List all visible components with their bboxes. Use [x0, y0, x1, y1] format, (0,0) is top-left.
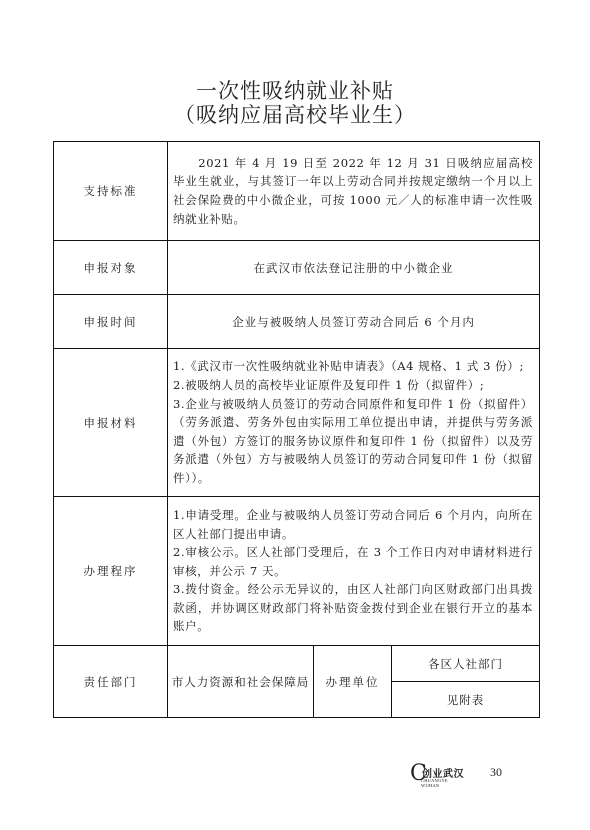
list-item: 2.审核公示。区人社部门受理后，在 3 个工作日内对申请材料进行审核，并公示 7… [173, 543, 533, 580]
page-number: 30 [490, 765, 502, 780]
handling-unit-2: 见附表 [392, 682, 540, 718]
table-row-materials: 申报材料 1.《武汉市一次性吸纳就业补贴申请表》（A4 规格、1 式 3 份）;… [54, 349, 540, 497]
row-content: 1.申请受理。企业与被吸纳人员签订劳动合同后 6 个月内，向所在区人社部门提出申… [168, 497, 540, 646]
row-content: 企业与被吸纳人员签订劳动合同后 6 个月内 [168, 295, 540, 349]
row-label: 办理程序 [54, 497, 168, 646]
row-label: 支持标准 [54, 142, 168, 241]
logo-english: CHUANGYE WUHAN [421, 778, 466, 788]
list-item: 3.拨付资金。经公示无异议的，由区人社部门向区财政部门出具拨款函，并协调区财政部… [173, 580, 533, 636]
row-content: 1.《武汉市一次性吸纳就业补贴申请表》（A4 规格、1 式 3 份）; 2.被吸… [168, 349, 540, 497]
row-label: 申报材料 [54, 349, 168, 497]
table-row-support-standard: 支持标准 2021 年 4 月 19 日至 2022 年 12 月 31 日吸纳… [54, 142, 540, 241]
table-row-apply-time: 申报时间 企业与被吸纳人员签订劳动合同后 6 个月内 [54, 295, 540, 349]
row-label: 申报对象 [54, 241, 168, 295]
document-title: 一次性吸纳就业补贴 [0, 79, 590, 103]
table-row-applicant: 申报对象 在武汉市依法登记注册的中小微企业 [54, 241, 540, 295]
row-content: 2021 年 4 月 19 日至 2022 年 12 月 31 日吸纳应届高校毕… [168, 142, 540, 241]
document-subtitle: （吸纳应届高校毕业生） [0, 103, 590, 127]
chuangye-wuhan-logo: C 创业武汉 CHUANGYE WUHAN [410, 763, 466, 785]
list-item: 1.《武汉市一次性吸纳就业补贴申请表》（A4 规格、1 式 3 份）; [173, 357, 533, 376]
row-label: 责任部门 [54, 646, 168, 718]
row-label: 申报时间 [54, 295, 168, 349]
table-row-responsibility: 责任部门 市人力资源和社会保障局 办理单位 各区人社部门 [54, 646, 540, 682]
table-row-procedure: 办理程序 1.申请受理。企业与被吸纳人员签订劳动合同后 6 个月内，向所在区人社… [54, 497, 540, 646]
list-item: 2.被吸纳人员的高校毕业证原件及复印件 1 份（拟留件）; [173, 376, 533, 395]
support-standard-text: 2021 年 4 月 19 日至 2022 年 12 月 31 日吸纳应届高校毕… [173, 154, 533, 228]
responsible-department: 市人力资源和社会保障局 [168, 646, 314, 718]
list-item: 1.申请受理。企业与被吸纳人员签订劳动合同后 6 个月内，向所在区人社部门提出申… [173, 506, 533, 543]
handling-unit-label: 办理单位 [314, 646, 392, 718]
row-content: 在武汉市依法登记注册的中小微企业 [168, 241, 540, 295]
handling-unit-1: 各区人社部门 [392, 646, 540, 682]
policy-table: 支持标准 2021 年 4 月 19 日至 2022 年 12 月 31 日吸纳… [53, 141, 540, 718]
list-item: 3.企业与被吸纳人员签订的劳动合同原件和复印件 1 份（拟留件）（劳务派遣、劳务… [173, 395, 533, 488]
